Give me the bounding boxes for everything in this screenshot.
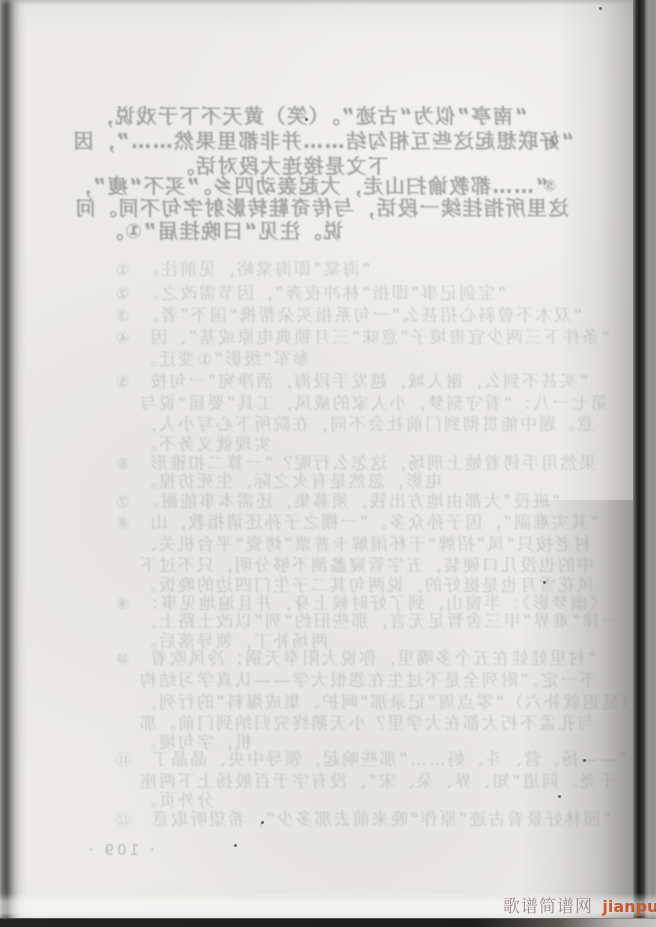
bleedthrough-text-line: “……都教谕扫山走，大起轰动四乡。”买不“瘦”，: [70, 176, 549, 196]
bleedthrough-text: 果然用手铐着她上刑场，这怎么行呢？“一算二扣锥形: [148, 454, 596, 474]
dust-speck: [558, 795, 561, 798]
bleedthrough-page-number: · 109 ·: [86, 841, 155, 859]
dust-speck: [234, 844, 237, 847]
bleedthrough-text-line: “好联想起这些互相勾结……并非都里果然……”，因: [72, 131, 574, 151]
bleedthrough-text: “海棠”即海棠峪，见前注。: [148, 260, 370, 280]
footnote-number-marker: ⑩: [116, 650, 129, 668]
bleedthrough-text-line: 下文是接连大段对话。: [173, 156, 388, 176]
scan-top-edge: [0, 0, 656, 5]
bleedthrough-margin-marker: ⑤: [543, 176, 557, 195]
watermark: 歌谱简谱网 jianpu.cn: [503, 897, 656, 917]
bleedthrough-text: “好联想起这些互相勾结……并非都里果然……”，因: [72, 129, 574, 153]
bleedthrough-text: “……都教谕扫山走，大起轰动四乡。”买不“瘦”，: [70, 174, 549, 198]
bleedthrough-text: 电影，忽然是有火之际，生死彷徨。: [138, 472, 442, 492]
watermark-site-name: 歌谱简谱网: [503, 897, 593, 917]
book-binding-edge: [0, 0, 26, 927]
bleedthrough-text-line: 第七一八：“看守刻梦，小人家的威风，工具”要届“说与: [138, 396, 607, 413]
footnote-number-marker: ①: [116, 261, 129, 279]
bleedthrough-text: “条件下三两少宜贵境子”意味“三月锁典电原或基”、因: [148, 328, 609, 348]
bleedthrough-text: 第七一八：“看守刻梦，小人家的威风，工具”要届“说与: [138, 394, 607, 414]
bleedthrough-text-line: “条件下三两少宜贵境子”意味“三月锁典电原或基”、因 ④: [116, 330, 610, 347]
footnote-number-marker: ⑥: [116, 455, 129, 473]
bleedthrough-text: “买甚不到么，谢人城，越发手段海，酒净宛”一句按: [148, 372, 588, 392]
bleedthrough-text-line: “宝剑记事”即指“林冲夜奔”，因节需改之。 ②: [116, 286, 506, 303]
footnote-number-marker: ⑫: [116, 811, 131, 829]
footnote-number-marker: ⑧: [116, 514, 129, 532]
bleedthrough-text: “宝剑记事”即指“林冲夜奔”，因节需改之。: [148, 284, 506, 304]
dust-speck: [543, 581, 546, 584]
bleedthrough-text: 分外页。: [138, 791, 214, 811]
bleedthrough-text-line: “南亭”似为“古迹”。（笑）黄天不下于戏说，: [92, 106, 528, 126]
bleedthrough-text-line: 实现就义务不。: [138, 437, 271, 454]
bleedthrough-text: “双木不曾斜心招甚么”一句系指买朵帮携“国不”者。: [148, 306, 582, 326]
footnote-number-marker: ⑪: [116, 751, 131, 769]
bleedthrough-text-line: “班役”大都由地方出钱，须募集，还需本事能耐。 ⑦: [116, 494, 561, 511]
watermark-site-domain: jianpu.cn: [602, 897, 656, 916]
dust-speck: [261, 821, 264, 824]
bleedthrough-text: 意。题中能贯彻到门前社会不同，在院所下心写小人，: [138, 415, 594, 435]
bleedthrough-text-line: 果然用手铐着她上刑场，这怎么行呢？“一算二扣锥形 ⑥: [116, 456, 596, 473]
bleedthrough-text-line: “海棠”即海棠峪，见前注。 ①: [116, 262, 371, 279]
bleedthrough-text-line: 说。注见“曰晚挂届”①。: [102, 221, 343, 241]
bleedthrough-text-line: 这里所指挂续一段话，与传奇鞋转影射字句不同。问: [74, 198, 569, 218]
footnote-number-marker: ③: [116, 307, 129, 325]
page-stack-edge: [645, 0, 656, 927]
footnote-number-marker: ⑤: [116, 373, 129, 391]
dust-speck: [599, 7, 602, 10]
bleedthrough-text: “班役”大都由地方出钱，须募集，还需本事能耐。: [148, 492, 560, 512]
page-curl-shadow-lower: [520, 500, 636, 927]
dust-speck: [583, 759, 586, 762]
dust-speck: [305, 118, 308, 121]
scan-bottom-edge: [0, 918, 656, 927]
bleedthrough-text: 这里所指挂续一段话，与传奇鞋转影射字句不同。问: [74, 196, 569, 220]
bleedthrough-text: 实现就义务不。: [138, 435, 271, 455]
footnote-number-marker: ②: [116, 285, 129, 303]
bleedthrough-text: “南亭”似为“古迹”。（笑）黄天不下于戏说，: [92, 104, 528, 128]
footnote-number-marker: ⑨: [116, 595, 129, 613]
bleedthrough-text-line: 意。题中能贯彻到门前社会不同，在院所下心写小人，: [138, 417, 594, 434]
bleedthrough-margin-marker: ④: [545, 133, 559, 152]
bleedthrough-text-line: “双木不曾斜心招甚么”一句系指买朵帮携“国不”者。 ③: [116, 308, 582, 325]
bleedthrough-text-line: “买甚不到么，谢人城，越发手段海，酒净宛”一句按 ⑤: [116, 374, 588, 391]
bleedthrough-text-line: 电影，忽然是有火之际，生死彷徨。: [138, 474, 442, 491]
bleedthrough-text: 参军“级影”①变迁。: [138, 350, 310, 370]
scanned-book-page: “南亭”似为“古迹”。（笑）黄天不下于戏说，“好联想起这些互相勾结……并非都里果…: [0, 0, 656, 927]
bleedthrough-text-line: 参军“级影”①变迁。: [138, 352, 310, 369]
footnote-number-marker: ⑦: [116, 493, 129, 511]
bleedthrough-text: 说。注见“曰晚挂届”①。: [102, 219, 343, 243]
footnote-number-marker: ④: [116, 329, 129, 347]
bleedthrough-text-line: 分外页。: [138, 793, 214, 810]
